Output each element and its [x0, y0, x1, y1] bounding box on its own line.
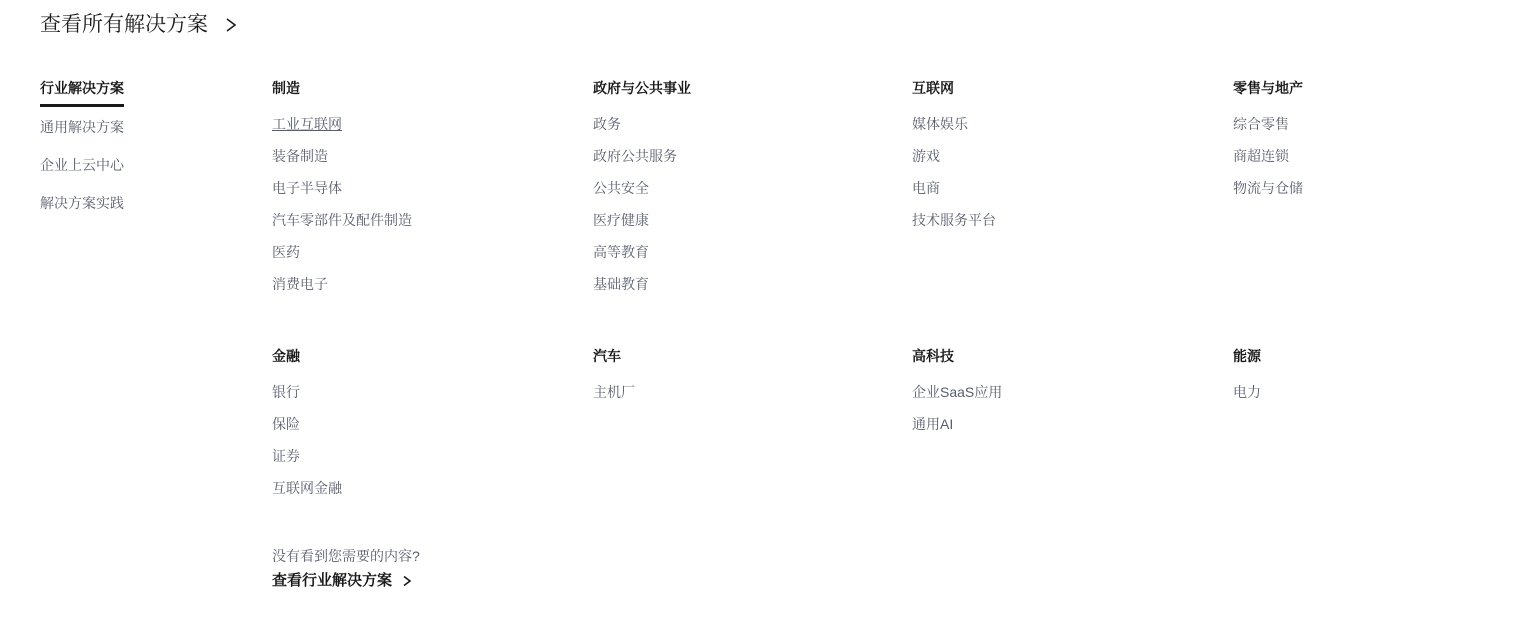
category-automotive: 汽车 主机厂	[593, 346, 893, 414]
view-industry-solutions-link[interactable]: 查看行业解决方案	[272, 571, 420, 591]
category-internet: 互联网 媒体娱乐 游戏 电商 技术服务平台	[912, 78, 1212, 242]
category-item-list: 媒体娱乐 游戏 电商 技术服务平台	[912, 114, 1212, 230]
menu-item[interactable]: 保险	[272, 414, 300, 434]
menu-item[interactable]: 基础教育	[593, 274, 649, 294]
category-retail-realestate: 零售与地产 综合零售 商超连锁 物流与仓储	[1233, 78, 1523, 210]
solutions-mega-menu: 查看所有解决方案 行业解决方案 通用解决方案 企业上云中心 解决方案实践 制造 …	[0, 0, 1523, 639]
menu-footer: 没有看到您需要的内容? 查看行业解决方案	[272, 546, 420, 591]
menu-item[interactable]: 综合零售	[1233, 114, 1289, 134]
view-all-solutions-link[interactable]: 查看所有解决方案	[40, 11, 238, 39]
category-item-list: 综合零售 商超连锁 物流与仓储	[1233, 114, 1523, 198]
menu-item[interactable]: 物流与仓储	[1233, 178, 1303, 198]
chevron-right-icon	[402, 575, 412, 587]
sidebar-item-enterprise-cloud-center[interactable]: 企业上云中心	[40, 155, 124, 175]
category-item-list: 政务 政府公共服务 公共安全 医疗健康 高等教育 基础教育	[593, 114, 893, 294]
category-item-list: 工业互联网 装备制造 电子半导体 汽车零部件及配件制造 医药 消费电子	[272, 114, 572, 294]
menu-item[interactable]: 高等教育	[593, 242, 649, 262]
category-title: 金融	[272, 346, 572, 366]
menu-item[interactable]: 银行	[272, 382, 300, 402]
menu-item[interactable]: 媒体娱乐	[912, 114, 968, 134]
page-title-label: 查看所有解决方案	[40, 11, 208, 39]
category-item-list: 银行 保险 证券 互联网金融	[272, 382, 572, 498]
category-manufacturing: 制造 工业互联网 装备制造 电子半导体 汽车零部件及配件制造 医药 消费电子	[272, 78, 572, 306]
menu-item[interactable]: 医药	[272, 242, 300, 262]
menu-item[interactable]: 政务	[593, 114, 621, 134]
category-item-list: 企业SaaS应用 通用AI	[912, 382, 1212, 434]
category-hightech: 高科技 企业SaaS应用 通用AI	[912, 346, 1212, 446]
menu-item[interactable]: 电子半导体	[272, 178, 342, 198]
category-energy: 能源 电力	[1233, 346, 1523, 414]
menu-item[interactable]: 主机厂	[593, 382, 635, 402]
menu-item[interactable]: 消费电子	[272, 274, 328, 294]
menu-item[interactable]: 工业互联网	[272, 114, 342, 134]
category-item-list: 电力	[1233, 382, 1523, 402]
menu-item[interactable]: 证券	[272, 446, 300, 466]
menu-item[interactable]: 企业SaaS应用	[912, 382, 1002, 402]
menu-item[interactable]: 医疗健康	[593, 210, 649, 230]
category-finance: 金融 银行 保险 证券 互联网金融	[272, 346, 572, 510]
category-government-public: 政府与公共事业 政务 政府公共服务 公共安全 医疗健康 高等教育 基础教育	[593, 78, 893, 306]
menu-item[interactable]: 公共安全	[593, 178, 649, 198]
chevron-right-icon	[224, 17, 238, 33]
category-title: 互联网	[912, 78, 1212, 98]
category-item-list: 主机厂	[593, 382, 893, 402]
category-title: 制造	[272, 78, 572, 98]
menu-item[interactable]: 游戏	[912, 146, 940, 166]
menu-item[interactable]: 互联网金融	[272, 478, 342, 498]
footer-link-label: 查看行业解决方案	[272, 571, 392, 591]
menu-item[interactable]: 通用AI	[912, 414, 953, 434]
category-title: 政府与公共事业	[593, 78, 893, 98]
category-title: 能源	[1233, 346, 1523, 366]
menu-item[interactable]: 电力	[1233, 382, 1261, 402]
sidebar-nav: 行业解决方案 通用解决方案 企业上云中心 解决方案实践	[40, 78, 240, 231]
menu-item[interactable]: 商超连锁	[1233, 146, 1289, 166]
sidebar-item-solution-practices[interactable]: 解决方案实践	[40, 193, 124, 213]
menu-item[interactable]: 装备制造	[272, 146, 328, 166]
menu-item[interactable]: 政府公共服务	[593, 146, 677, 166]
sidebar-item-general-solutions[interactable]: 通用解决方案	[40, 117, 124, 137]
footer-prompt: 没有看到您需要的内容?	[272, 546, 420, 566]
category-title: 高科技	[912, 346, 1212, 366]
category-title: 零售与地产	[1233, 78, 1523, 98]
sidebar-item-industry-solutions[interactable]: 行业解决方案	[40, 78, 124, 107]
menu-item[interactable]: 技术服务平台	[912, 210, 996, 230]
category-title: 汽车	[593, 346, 893, 366]
menu-item[interactable]: 电商	[912, 178, 940, 198]
menu-item[interactable]: 汽车零部件及配件制造	[272, 210, 412, 230]
